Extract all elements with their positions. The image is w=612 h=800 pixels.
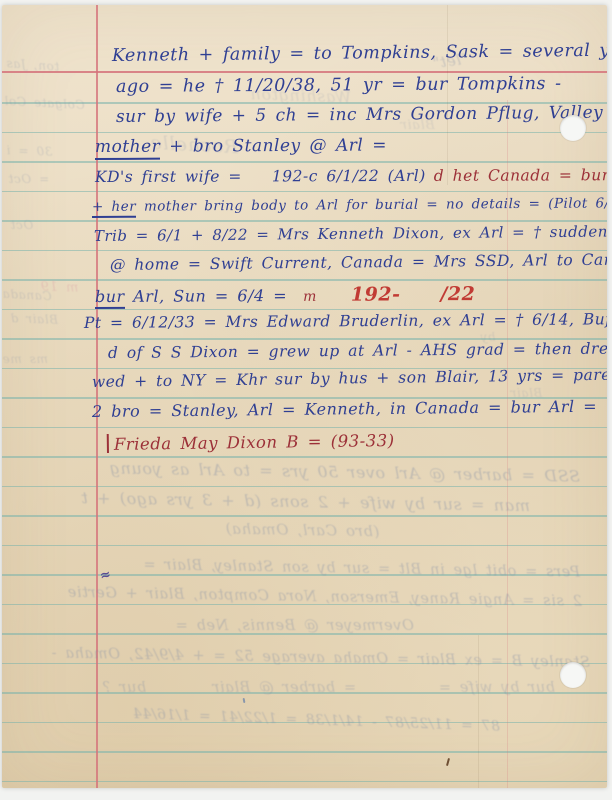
- handwritten-line: mother + bro Stanley @ Arl =: [95, 135, 387, 160]
- ghost-bleedthrough-text: 30 = i: [6, 143, 53, 159]
- handwriting-segment: Kenneth + family = to Tompkins, Sask = s…: [112, 41, 607, 66]
- handwritten-line: + her mother bring body to Arl for buria…: [92, 195, 607, 218]
- handwriting-segment: d het Canada = bur, 3 ch-: [434, 166, 607, 185]
- handwritten-line: sur by wife + 5 ch = inc Mrs Gordon Pflu…: [116, 103, 607, 127]
- rule-line: [2, 515, 607, 517]
- rule-line: [2, 220, 607, 222]
- header-rule-red: [2, 71, 607, 73]
- handwriting-segment: ago = he † 11/20/38, 51 yr = bur Tompkin…: [116, 74, 562, 97]
- handwritten-line: Pt = 6/12/33 = Mrs Edward Bruderlin, ex …: [84, 310, 607, 332]
- handwritten-line: @ home = Swift Current, Canada = Mrs SSD…: [110, 250, 607, 274]
- ghost-bleedthrough-text: 2 sis = Angie Raney, Emerson, Nora Compt…: [30, 584, 582, 610]
- rule-line: [2, 338, 607, 340]
- handwriting-segment: 192-: [351, 283, 401, 305]
- handwriting-segment: KD's first wife =: [95, 167, 242, 186]
- handwriting-segment: sur by wife + 5 ch = inc Mrs Gordon Pflu…: [116, 103, 607, 127]
- left-margin-line: [96, 5, 98, 788]
- handwriting-segment: + her: [92, 199, 136, 218]
- handwritten-line: d of S S Dixon = grew up at Arl - AHS gr…: [108, 339, 607, 362]
- ghost-bleedthrough-text: Blair d: [10, 311, 59, 327]
- handwriting-segment: Trib = 6/1 + 8/22 = Mrs Kenneth Dixon, e…: [94, 222, 607, 245]
- handwriting-segment: Pt = 6/12/33 = Mrs Edward Bruderlin, ex …: [84, 310, 607, 332]
- handwriting-segment: bur: [95, 287, 125, 309]
- rule-line: [2, 751, 607, 753]
- ghost-bleedthrough-text: Colgate Col: [4, 94, 85, 112]
- ink-speck: [243, 698, 246, 703]
- handwriting-segment: mother: [95, 137, 160, 160]
- ghost-bleedthrough-text: SSD = barber @ Arl over 50 yrs = to Arl …: [40, 457, 580, 485]
- rule-line: [2, 309, 607, 311]
- ghost-bleedthrough-text: bur by wife = = barber @ Blair bur ?: [35, 680, 555, 696]
- handwriting-segment: mother bring body to Arl for burial = no…: [136, 195, 607, 215]
- handwriting-segment: Arl, Sun = 6/4 =: [125, 286, 288, 306]
- handwriting-segment: m: [303, 289, 317, 305]
- ghost-bleedthrough-text: man = sur by wife + 2 sons (d + 3 yrs ag…: [60, 488, 530, 515]
- handwritten-line: KD's first wife =192-c 6/1/22 (Arl)d het…: [95, 166, 607, 186]
- scan-background: "let"ton, JasColgate Col30 = i= OctOctCa…: [0, 0, 612, 800]
- handwriting-segment: @ home = Swift Current, Canada = Mrs SSD…: [110, 250, 607, 274]
- punch-hole-bottom: [560, 662, 586, 688]
- handwritten-line: Trib = 6/1 + 8/22 = Mrs Kenneth Dixon, e…: [94, 222, 607, 245]
- handwritten-line: ago = he † 11/20/38, 51 yr = bur Tompkin…: [116, 74, 562, 97]
- rule-line: [2, 486, 607, 488]
- handwritten-line: Kenneth + family = to Tompkins, Sask = s…: [112, 41, 607, 66]
- ghost-bleedthrough-text: Oct: [10, 218, 33, 232]
- ghost-bleedthrough-text: Overmeyer @ Bennis, Neb =: [175, 618, 414, 634]
- handwritten-line: Frieda May Dixon B = (93-33): [107, 427, 395, 454]
- handwriting-segment: d of S S Dixon = grew up at Arl - AHS gr…: [108, 339, 607, 362]
- paper-crease: [447, 5, 448, 185]
- ink-speck: [446, 758, 450, 766]
- notebook-paper: "let"ton, JasColgate Col30 = i= OctOctCa…: [2, 5, 607, 788]
- rule-line: [2, 191, 607, 193]
- ghost-bleedthrough-text: ms me: [2, 352, 48, 366]
- rule-line: [2, 781, 607, 783]
- ghost-bleedthrough-text: 87 = 11/25/87 - 14/1/38 = 1/22/41 = 1/16…: [110, 705, 500, 735]
- ghost-bleedthrough-text: m 19: [40, 279, 79, 295]
- ghost-bleedthrough-text: = Oct: [8, 172, 49, 186]
- handwriting-segment: 192-c 6/1/22 (Arl): [272, 167, 426, 186]
- rule-line: [2, 161, 607, 163]
- handwriting-segment: Frieda May Dixon B = (93-33): [114, 431, 395, 454]
- rule-line: [2, 545, 607, 547]
- handwritten-line: 2 bro = Stanley, Arl = Kenneth, in Canad…: [92, 396, 607, 421]
- handwriting-segment: + bro Stanley @ Arl =: [160, 135, 387, 156]
- handwritten-line: bur Arl, Sun = 6/4 =m192-/22: [95, 283, 476, 309]
- ghost-bleedthrough-text: Pers = obit lge in Blt = sur by son Stan…: [35, 555, 580, 581]
- handwriting-segment: 2 bro = Stanley, Arl = Kenneth, in Canad…: [92, 397, 597, 421]
- red-bracket-mark: [107, 434, 109, 453]
- handwriting-segment: /22: [440, 283, 475, 305]
- ghost-bleedthrough-text: (bro Carl, Omaha): [225, 520, 380, 541]
- punch-hole-top: [560, 115, 586, 141]
- rule-line: [2, 279, 607, 281]
- rule-line: [2, 132, 607, 134]
